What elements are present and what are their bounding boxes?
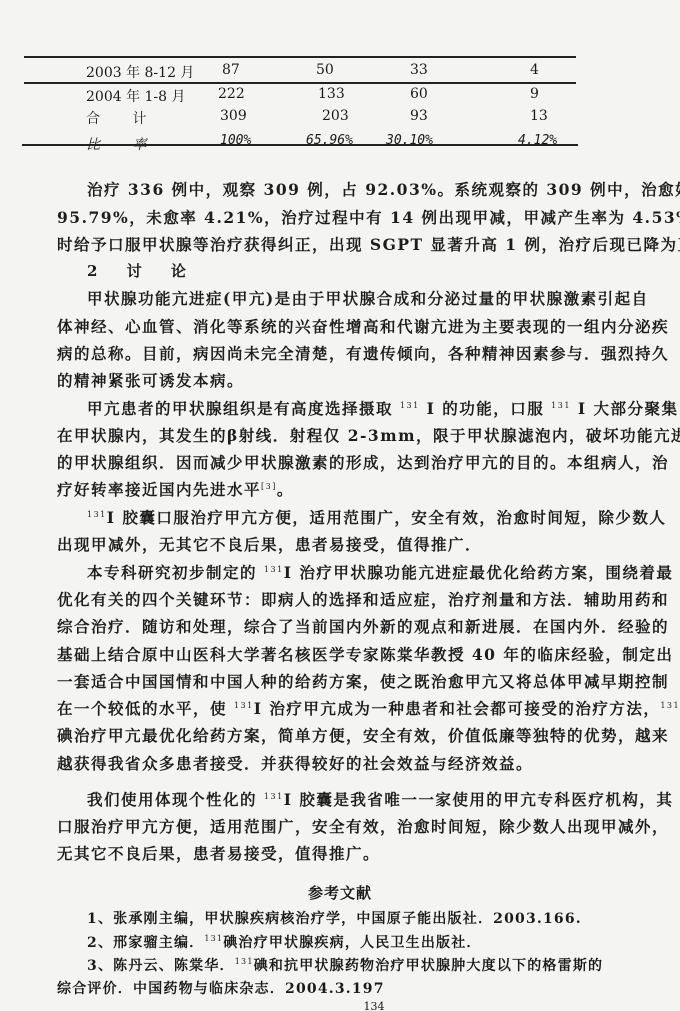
table-row-values: 100% 65.96% 30.10% 4.12% bbox=[80, 133, 620, 159]
text-line: 的甲状腺组织．因而减少甲状腺激素的形成，达到治疗甲亢的目的。本组病人，治 bbox=[57, 451, 623, 473]
text: 我们使用体现个性化的 bbox=[87, 790, 264, 809]
text-line: 碘治疗甲亢最优化给药方案，简单方便，安全有效，价值低廉等独特的优势，越来 bbox=[57, 724, 623, 746]
cell: 4 bbox=[530, 62, 539, 78]
cell: 4.12% bbox=[518, 133, 557, 148]
document-page: 2003 年 8-12 月 87 50 33 4 2004 年 1-8 月 22… bbox=[0, 0, 680, 1011]
text-line: 95.79%，未愈率 4.21%，治疗过程中有 14 例出现甲减，甲减产生率为 … bbox=[57, 206, 623, 228]
text: 在一个较低的水平，使 bbox=[57, 699, 234, 718]
text-line: 甲状腺功能亢进症(甲亢)是由于甲状腺合成和分泌过量的甲状腺激素引起自 bbox=[87, 287, 623, 309]
text: I 治疗甲状腺功能亢进症最优化给药方案，围绕着最 bbox=[284, 563, 674, 582]
cell: 30.10% bbox=[386, 133, 433, 148]
text-line: 出现甲减外，无其它不良后果，患者易接受，值得推广． bbox=[57, 533, 623, 555]
text-line: 本专科研究初步制定的 131I 治疗甲状腺功能亢进症最优化给药方案，围绕着最 bbox=[87, 561, 623, 583]
text: 碘治疗甲状腺疾病，人民卫生出版社． bbox=[223, 935, 481, 951]
text: 本专科研究初步制定的 bbox=[87, 563, 264, 582]
text-line: 基础上结合原中山医科大学著名核医学专家陈棠华教授 40 年的临床经验，制定出 bbox=[57, 643, 623, 665]
text: 甲亢患者的甲状腺组织是有高度选择摄取 bbox=[87, 399, 400, 418]
superscript: 131 bbox=[400, 401, 420, 410]
cell: 203 bbox=[322, 108, 349, 124]
cell: 50 bbox=[316, 62, 334, 78]
text: I 大部分聚集 bbox=[571, 399, 679, 418]
row-label: 2004 年 1-8 月 bbox=[86, 86, 186, 106]
page-number: 134 bbox=[0, 1000, 680, 1011]
cell: 100% bbox=[220, 133, 251, 148]
superscript: 131 bbox=[87, 510, 107, 519]
cell: 222 bbox=[218, 86, 245, 102]
table-row: 合 计 309 203 93 13 bbox=[80, 108, 620, 134]
text: 碘和抗甲状腺药物治疗甲状腺肿大度以下的格雷斯的 bbox=[254, 958, 604, 974]
text-line: 口服治疗甲亢方便，适用范围广，安全有效，治愈时间短，除少数人出现甲减外， bbox=[57, 815, 623, 837]
text-line: 体神经、心血管、消化等系统的兴奋性增高和代谢亢进为主要表现的一组内分泌疾 bbox=[57, 315, 623, 337]
cell: 133 bbox=[318, 86, 345, 102]
text: I 治疗甲亢成为一种患者和社会都可接受的治疗方法， bbox=[254, 699, 661, 718]
cell: 309 bbox=[220, 108, 247, 124]
text-line: 在一个较低的水平，使 131I 治疗甲亢成为一种患者和社会都可接受的治疗方法，1… bbox=[57, 697, 623, 719]
cell: 87 bbox=[222, 62, 240, 78]
text: I 的功能，口服 bbox=[420, 399, 551, 418]
text-line: 病的总称。目前，病因尚未完全清楚，有遗传倾向，各种精神因素参与．强烈持久 bbox=[57, 342, 623, 364]
cell: 13 bbox=[530, 108, 548, 124]
text-line: 无其它不良后果，患者易接受，值得推广。 bbox=[57, 842, 623, 864]
section-heading: 2 讨 论 bbox=[87, 260, 198, 281]
text-line: 我们使用体现个性化的 131I 胶囊是我省唯一一家使用的甲亢专科医疗机构，其 bbox=[87, 788, 623, 810]
superscript: 131 bbox=[235, 957, 254, 966]
text-line: 治疗 336 例中，观察 309 例，占 92.03%。系统观察的 309 例中… bbox=[87, 178, 623, 200]
text-line: 综合治疗．随访和处理，综合了当前国内外新的观点和新进展．在国内外．经验的 bbox=[57, 615, 623, 637]
text-line: 疗好转率接近国内先进水平[3]。 bbox=[57, 478, 623, 500]
text-line: 甲亢患者的甲状腺组织是有高度选择摄取 131 I 的功能，口服 131 I 大部… bbox=[87, 397, 623, 419]
cell: 60 bbox=[410, 86, 428, 102]
table-row: 2003 年 8-12 月 87 50 33 4 bbox=[80, 62, 620, 88]
row-label: 2003 年 8-12 月 bbox=[86, 62, 194, 82]
superscript: 131 bbox=[264, 792, 284, 801]
text: I 胶囊口服治疗甲亢方便，适用范围广，安全有效，治愈时间短，除少数人 bbox=[107, 508, 667, 527]
citation: [3] bbox=[261, 482, 277, 491]
cell: 93 bbox=[410, 108, 428, 124]
text: I 胶囊是我省唯一一家使用的甲亢专科医疗机构，其 bbox=[284, 790, 674, 809]
cell: 9 bbox=[530, 86, 539, 102]
text: 3、陈丹云、陈棠华． bbox=[87, 958, 235, 974]
text-line: 优化有关的四个关键环节：即病人的选择和适应症，治疗剂量和方法．辅助用药和 bbox=[57, 588, 623, 610]
text-line: 在甲状腺内，其发生的β射线．射程仅 2-3mm，限于甲状腺滤泡内，破坏功能亢进 bbox=[57, 424, 623, 446]
cell: 33 bbox=[410, 62, 428, 78]
text-line: 131I 胶囊口服治疗甲亢方便，适用范围广，安全有效，治愈时间短，除少数人 bbox=[87, 506, 623, 528]
text: 2、邢家骝主编． bbox=[87, 935, 204, 951]
text-line: 越获得我省众多患者接受．并获得较好的社会效益与经济效益。 bbox=[57, 752, 623, 774]
text: 疗好转率接近国内先进水平 bbox=[57, 480, 261, 499]
superscript: 131 bbox=[234, 701, 254, 710]
text: 。 bbox=[277, 480, 294, 499]
reference-item-continuation: 综合评价．中国药物与临床杂志．2004.3.197 bbox=[57, 978, 385, 998]
text-line: 的精神紧张可诱发本病。 bbox=[57, 369, 623, 391]
references-title: 参考文献 bbox=[0, 882, 680, 903]
cell: 65.96% bbox=[306, 133, 353, 148]
row-label: 合 计 bbox=[86, 108, 160, 128]
superscript: 131 bbox=[264, 565, 284, 574]
table-top-rule bbox=[24, 56, 576, 58]
superscript: 131 bbox=[204, 934, 223, 943]
reference-item: 2、邢家骝主编．131碘治疗甲状腺疾病，人民卫生出版社． bbox=[87, 932, 482, 952]
reference-item: 1、张承刚主编，甲状腺疾病核治疗学，中国原子能出版社．2003.166. bbox=[87, 908, 582, 928]
text-line: 一套适合中国国情和中国人种的给药方案，使之既治愈甲亢又将总体甲减早期控制 bbox=[57, 670, 623, 692]
superscript: 131 bbox=[551, 401, 571, 410]
superscript: 131 bbox=[660, 701, 680, 710]
reference-item: 3、陈丹云、陈棠华．131碘和抗甲状腺药物治疗甲状腺肿大度以下的格雷斯的 bbox=[87, 955, 603, 975]
text-line: 时给予口服甲状腺等治疗获得纠正，出现 SGPT 显著升高 1 例，治疗后现已降为… bbox=[57, 233, 623, 255]
